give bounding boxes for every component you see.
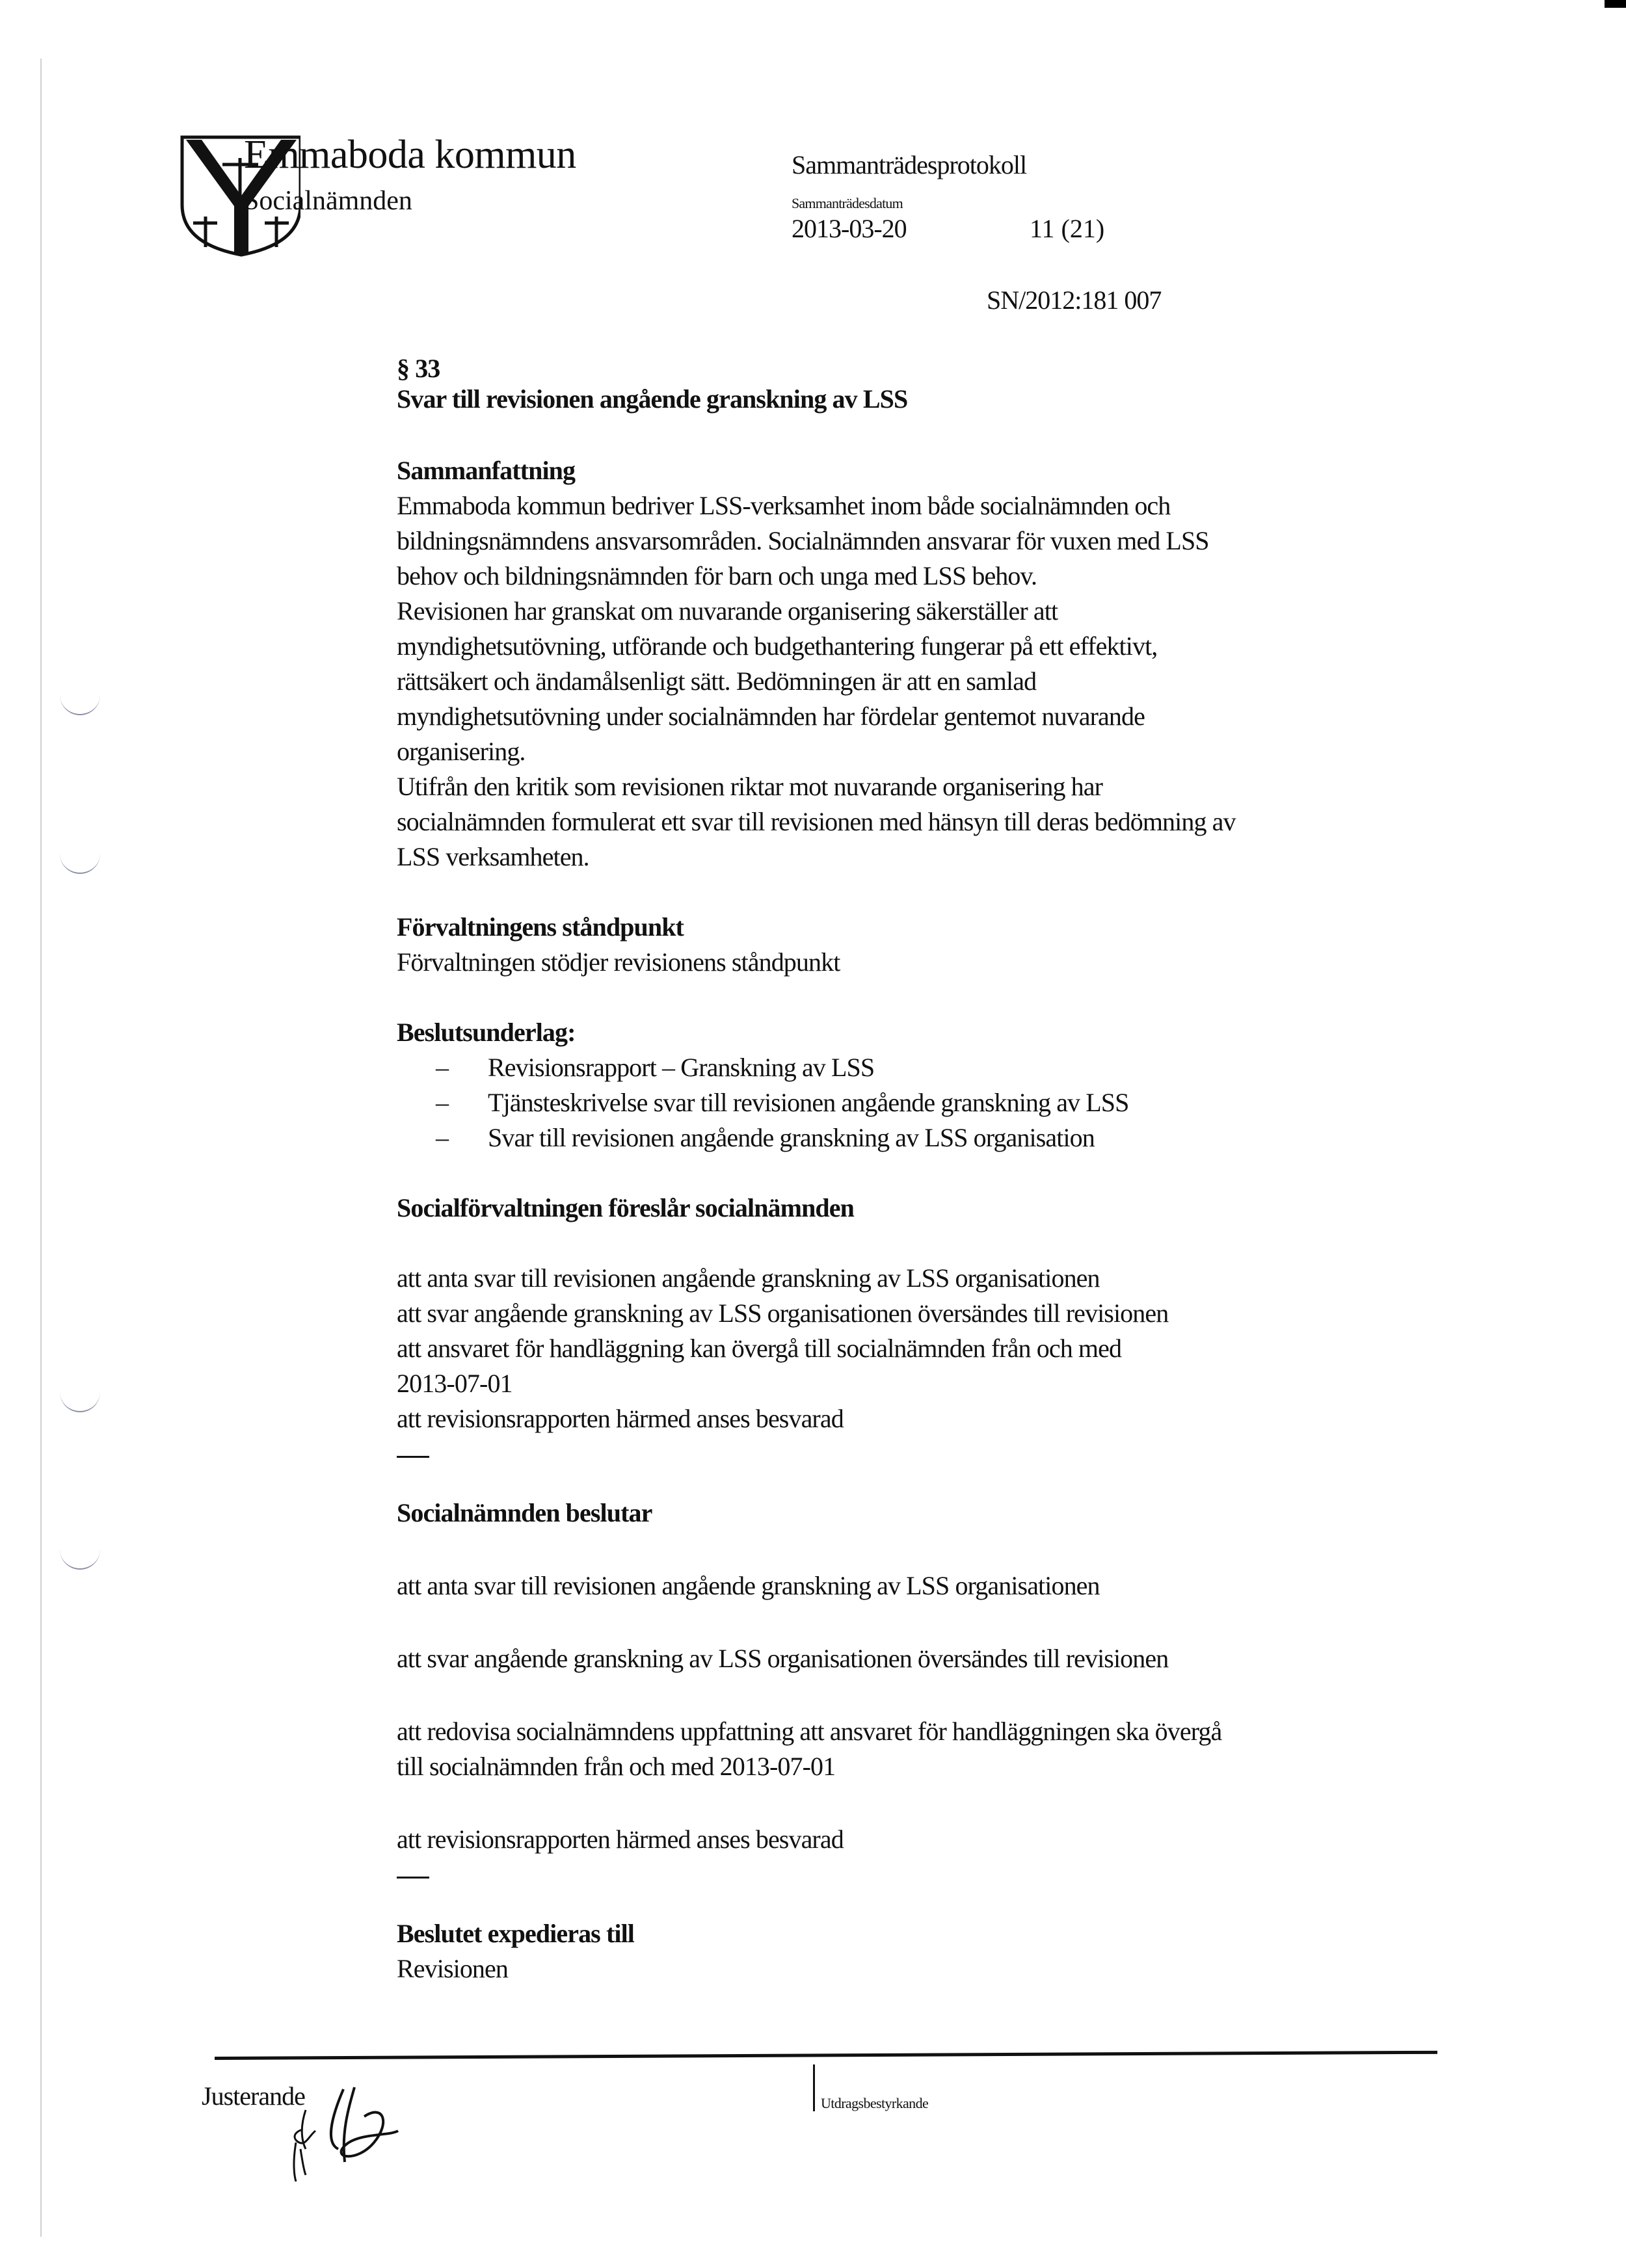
basis-heading: Beslutsunderlag: xyxy=(397,1015,1450,1050)
decision-item: att revisionsrapporten härmed anses besv… xyxy=(397,1822,1450,1857)
basis-item: –Revisionsrapport – Granskning av LSS xyxy=(397,1050,1450,1085)
summary-line: behov och bildningsnämnden för barn och … xyxy=(397,559,1450,594)
summary-line: bildningsnämndens ansvarsområden. Social… xyxy=(397,523,1450,559)
meeting-date: 2013-03-20 xyxy=(792,213,907,244)
signature-divider xyxy=(813,2064,815,2111)
proposal-line: att svar angående granskning av LSS orga… xyxy=(397,1296,1450,1331)
organization-unit: Socialnämnden xyxy=(244,187,412,215)
proposal-heading: Socialförvaltningen föreslår socialnämnd… xyxy=(397,1191,1450,1226)
handwritten-signature-icon xyxy=(228,2071,475,2182)
decision-line: till socialnämnden från och med 2013-07-… xyxy=(397,1749,1450,1784)
summary-line: organisering. xyxy=(397,734,1450,769)
certification-label: Utdragsbestyrkande xyxy=(821,2095,928,2112)
position-heading: Förvaltningens ståndpunkt xyxy=(397,910,1450,945)
punch-hole-mark xyxy=(60,694,100,715)
summary-line: socialnämnden formulerat ett svar till r… xyxy=(397,804,1450,839)
proposal-line: att revisionsrapporten härmed anses besv… xyxy=(397,1401,1450,1436)
decision-list: att anta svar till revisionen angående g… xyxy=(397,1568,1450,1857)
summary-text: Emmaboda kommun bedriver LSS-verksamhet … xyxy=(397,488,1450,875)
decision-line: att svar angående granskning av LSS orga… xyxy=(397,1641,1450,1676)
summary-line: myndighetsutövning, utförande och budget… xyxy=(397,629,1450,664)
dash-bullet-icon: – xyxy=(436,1085,448,1120)
decision-line: att redovisa socialnämndens uppfattning … xyxy=(397,1714,1450,1749)
decision-heading: Socialnämnden beslutar xyxy=(397,1496,1450,1531)
basis-item-text: Svar till revisionen angående granskning… xyxy=(488,1123,1095,1152)
summary-line: Emmaboda kommun bedriver LSS-verksamhet … xyxy=(397,488,1450,523)
meeting-date-label: Sammanträdesdatum xyxy=(792,195,903,212)
proposal-line: 2013-07-01 xyxy=(397,1366,1450,1401)
punch-hole-mark xyxy=(60,1549,100,1570)
section-title: Svar till revisionen angående granskning… xyxy=(397,383,1450,415)
punch-hole-mark xyxy=(60,853,100,874)
summary-line: Revisionen har granskat om nuvarande org… xyxy=(397,594,1450,629)
punch-hole-mark xyxy=(60,1391,100,1412)
distribution-recipient: Revisionen xyxy=(397,1951,1450,1986)
summary-line: rättsäkert och ändamålsenligt sätt. Bedö… xyxy=(397,664,1450,699)
decision-line: att anta svar till revisionen angående g… xyxy=(397,1568,1450,1603)
reference-number: SN/2012:181 007 xyxy=(987,285,1161,315)
page-number: 11 (21) xyxy=(1030,213,1104,244)
basis-item: –Tjänsteskrivelse svar till revisionen a… xyxy=(397,1085,1450,1120)
proposal-list: att anta svar till revisionen angående g… xyxy=(397,1261,1450,1436)
summary-heading: Sammanfattning xyxy=(397,453,1450,488)
scan-page-edge xyxy=(40,59,42,2237)
summary-line: Utifrån den kritik som revisionen riktar… xyxy=(397,769,1450,804)
document-type: Sammanträdesprotokoll xyxy=(792,150,1026,180)
summary-line: LSS verksamheten. xyxy=(397,839,1450,875)
paragraph-number: § 33 xyxy=(397,354,1450,383)
basis-item-text: Revisionsrapport – Granskning av LSS xyxy=(488,1053,874,1082)
scan-corner-mark xyxy=(1605,0,1626,8)
decision-item: att svar angående granskning av LSS orga… xyxy=(397,1641,1450,1676)
basis-item-text: Tjänsteskrivelse svar till revisionen an… xyxy=(488,1088,1129,1117)
decision-item: att anta svar till revisionen angående g… xyxy=(397,1568,1450,1603)
basis-item: –Svar till revisionen angående gransknin… xyxy=(397,1120,1450,1155)
summary-line: myndighetsutövning under socialnämnden h… xyxy=(397,699,1450,734)
dash-bullet-icon: – xyxy=(436,1120,448,1155)
proposal-line: att ansvaret för handläggning kan övergå… xyxy=(397,1331,1450,1366)
protocol-body: § 33 Svar till revisionen angående grans… xyxy=(397,354,1450,1986)
basis-list: –Revisionsrapport – Granskning av LSS –T… xyxy=(397,1050,1450,1155)
proposal-line: att anta svar till revisionen angående g… xyxy=(397,1261,1450,1296)
position-text: Förvaltningen stödjer revisionens ståndp… xyxy=(397,945,1450,980)
decision-item: att redovisa socialnämndens uppfattning … xyxy=(397,1714,1450,1784)
distribution-heading: Beslutet expedieras till xyxy=(397,1916,1450,1951)
decision-line: att revisionsrapporten härmed anses besv… xyxy=(397,1822,1450,1857)
signature-rule xyxy=(215,2051,1437,2060)
organization-name: Emmaboda kommun xyxy=(244,135,576,175)
dash-bullet-icon: – xyxy=(436,1050,448,1085)
